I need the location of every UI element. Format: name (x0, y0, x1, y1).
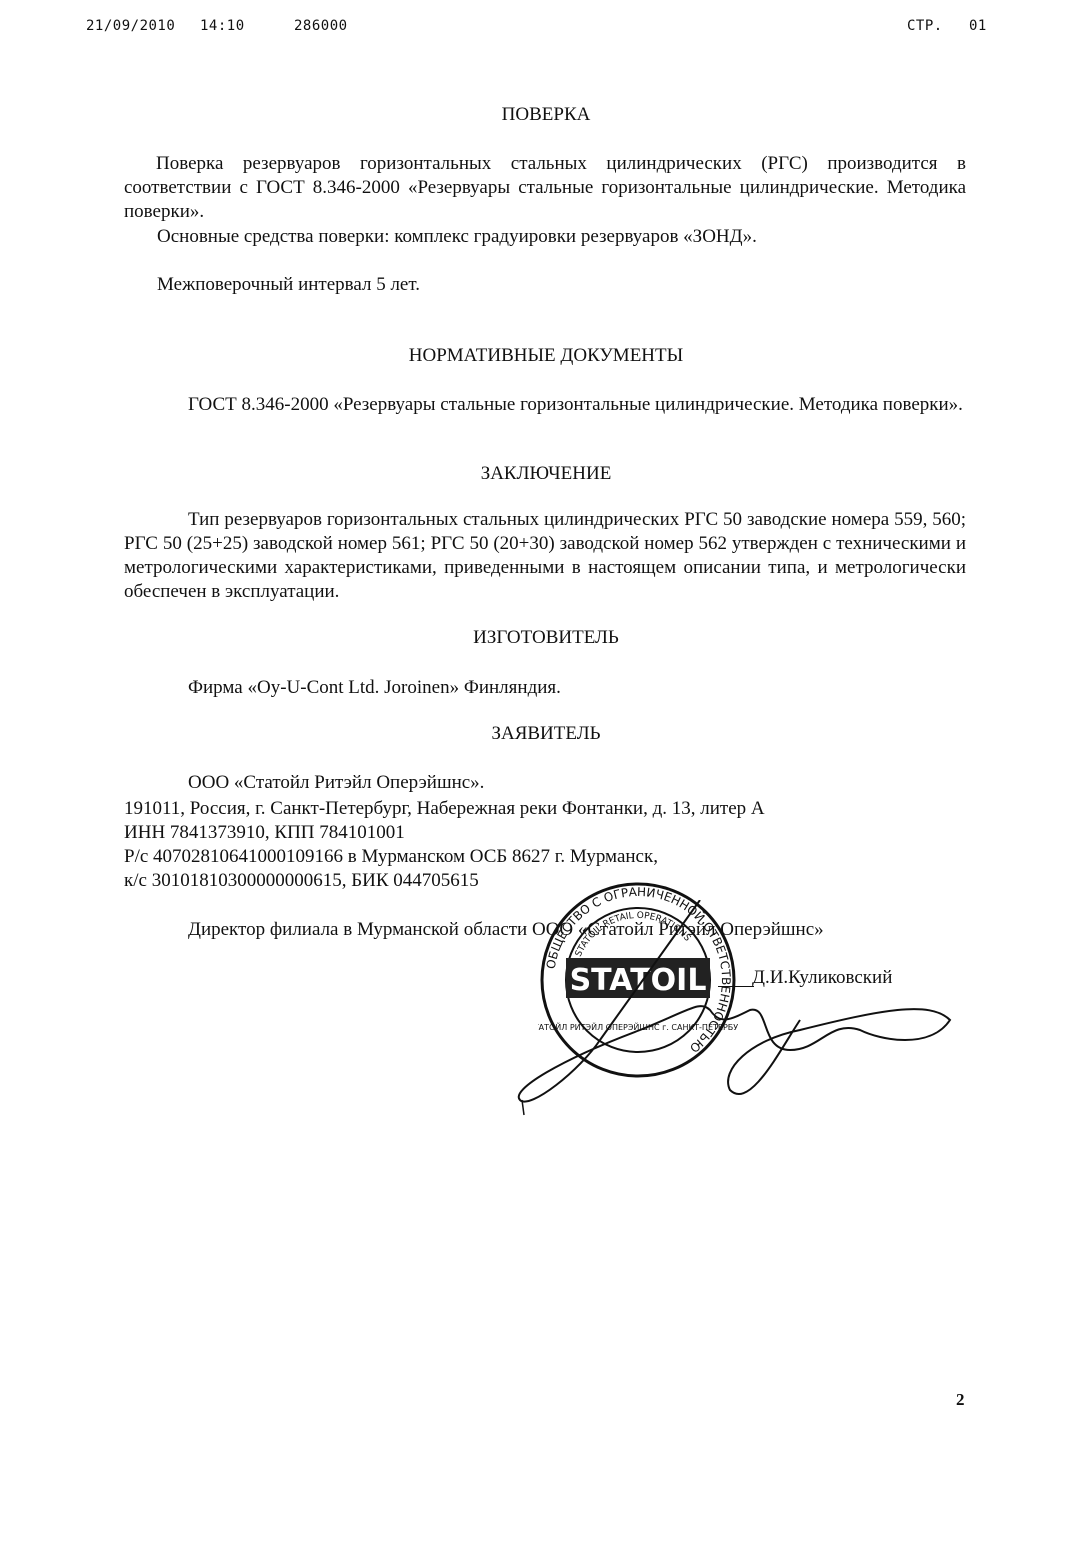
handwritten-signature-icon (500, 900, 960, 1130)
applicant-corr-account: к/с 30101810300000000615, БИК 044705615 (124, 869, 479, 893)
verification-paragraph-3: Межповерочный интервал 5 лет. (157, 273, 420, 297)
fax-page-label: CTP. (907, 18, 943, 34)
section-title-verification: ПОВЕРКА (0, 104, 1092, 126)
fax-time: 14:10 (200, 18, 245, 34)
normative-paragraph-1: ГОСТ 8.346-2000 «Резервуары стальные гор… (124, 393, 966, 417)
verification-paragraph-2: Основные средства поверки: комплекс град… (157, 225, 757, 249)
section-title-manufacturer: ИЗГОТОВИТЕЛЬ (0, 627, 1092, 649)
applicant-company: ООО «Статойл Ритэйл Оперэйшнс». (188, 771, 484, 795)
conclusion-paragraph-1: Тип резервуаров горизонтальных стальных … (124, 508, 966, 604)
section-title-normative: НОРМАТИВНЫЕ ДОКУМЕНТЫ (0, 345, 1092, 367)
verification-paragraph-1: Поверка резервуаров горизонтальных сталь… (124, 152, 966, 224)
fax-page-value: 01 (969, 18, 987, 34)
fax-number: 286000 (294, 18, 348, 34)
page-number: 2 (956, 1390, 965, 1410)
fax-date: 21/09/2010 (86, 18, 175, 34)
manufacturer-paragraph-1: Фирма «Oy-U-Cont Ltd. Joroinen» Финлянди… (188, 676, 561, 700)
applicant-account: Р/с 40702810641000109166 в Мурманском ОС… (124, 845, 658, 869)
section-title-applicant: ЗАЯВИТЕЛЬ (0, 723, 1092, 745)
applicant-inn-kpp: ИНН 7841373910, КПП 784101001 (124, 821, 405, 845)
section-title-conclusion: ЗАКЛЮЧЕНИЕ (0, 463, 1092, 485)
applicant-address: 191011, Россия, г. Санкт-Петербург, Набе… (124, 797, 765, 821)
